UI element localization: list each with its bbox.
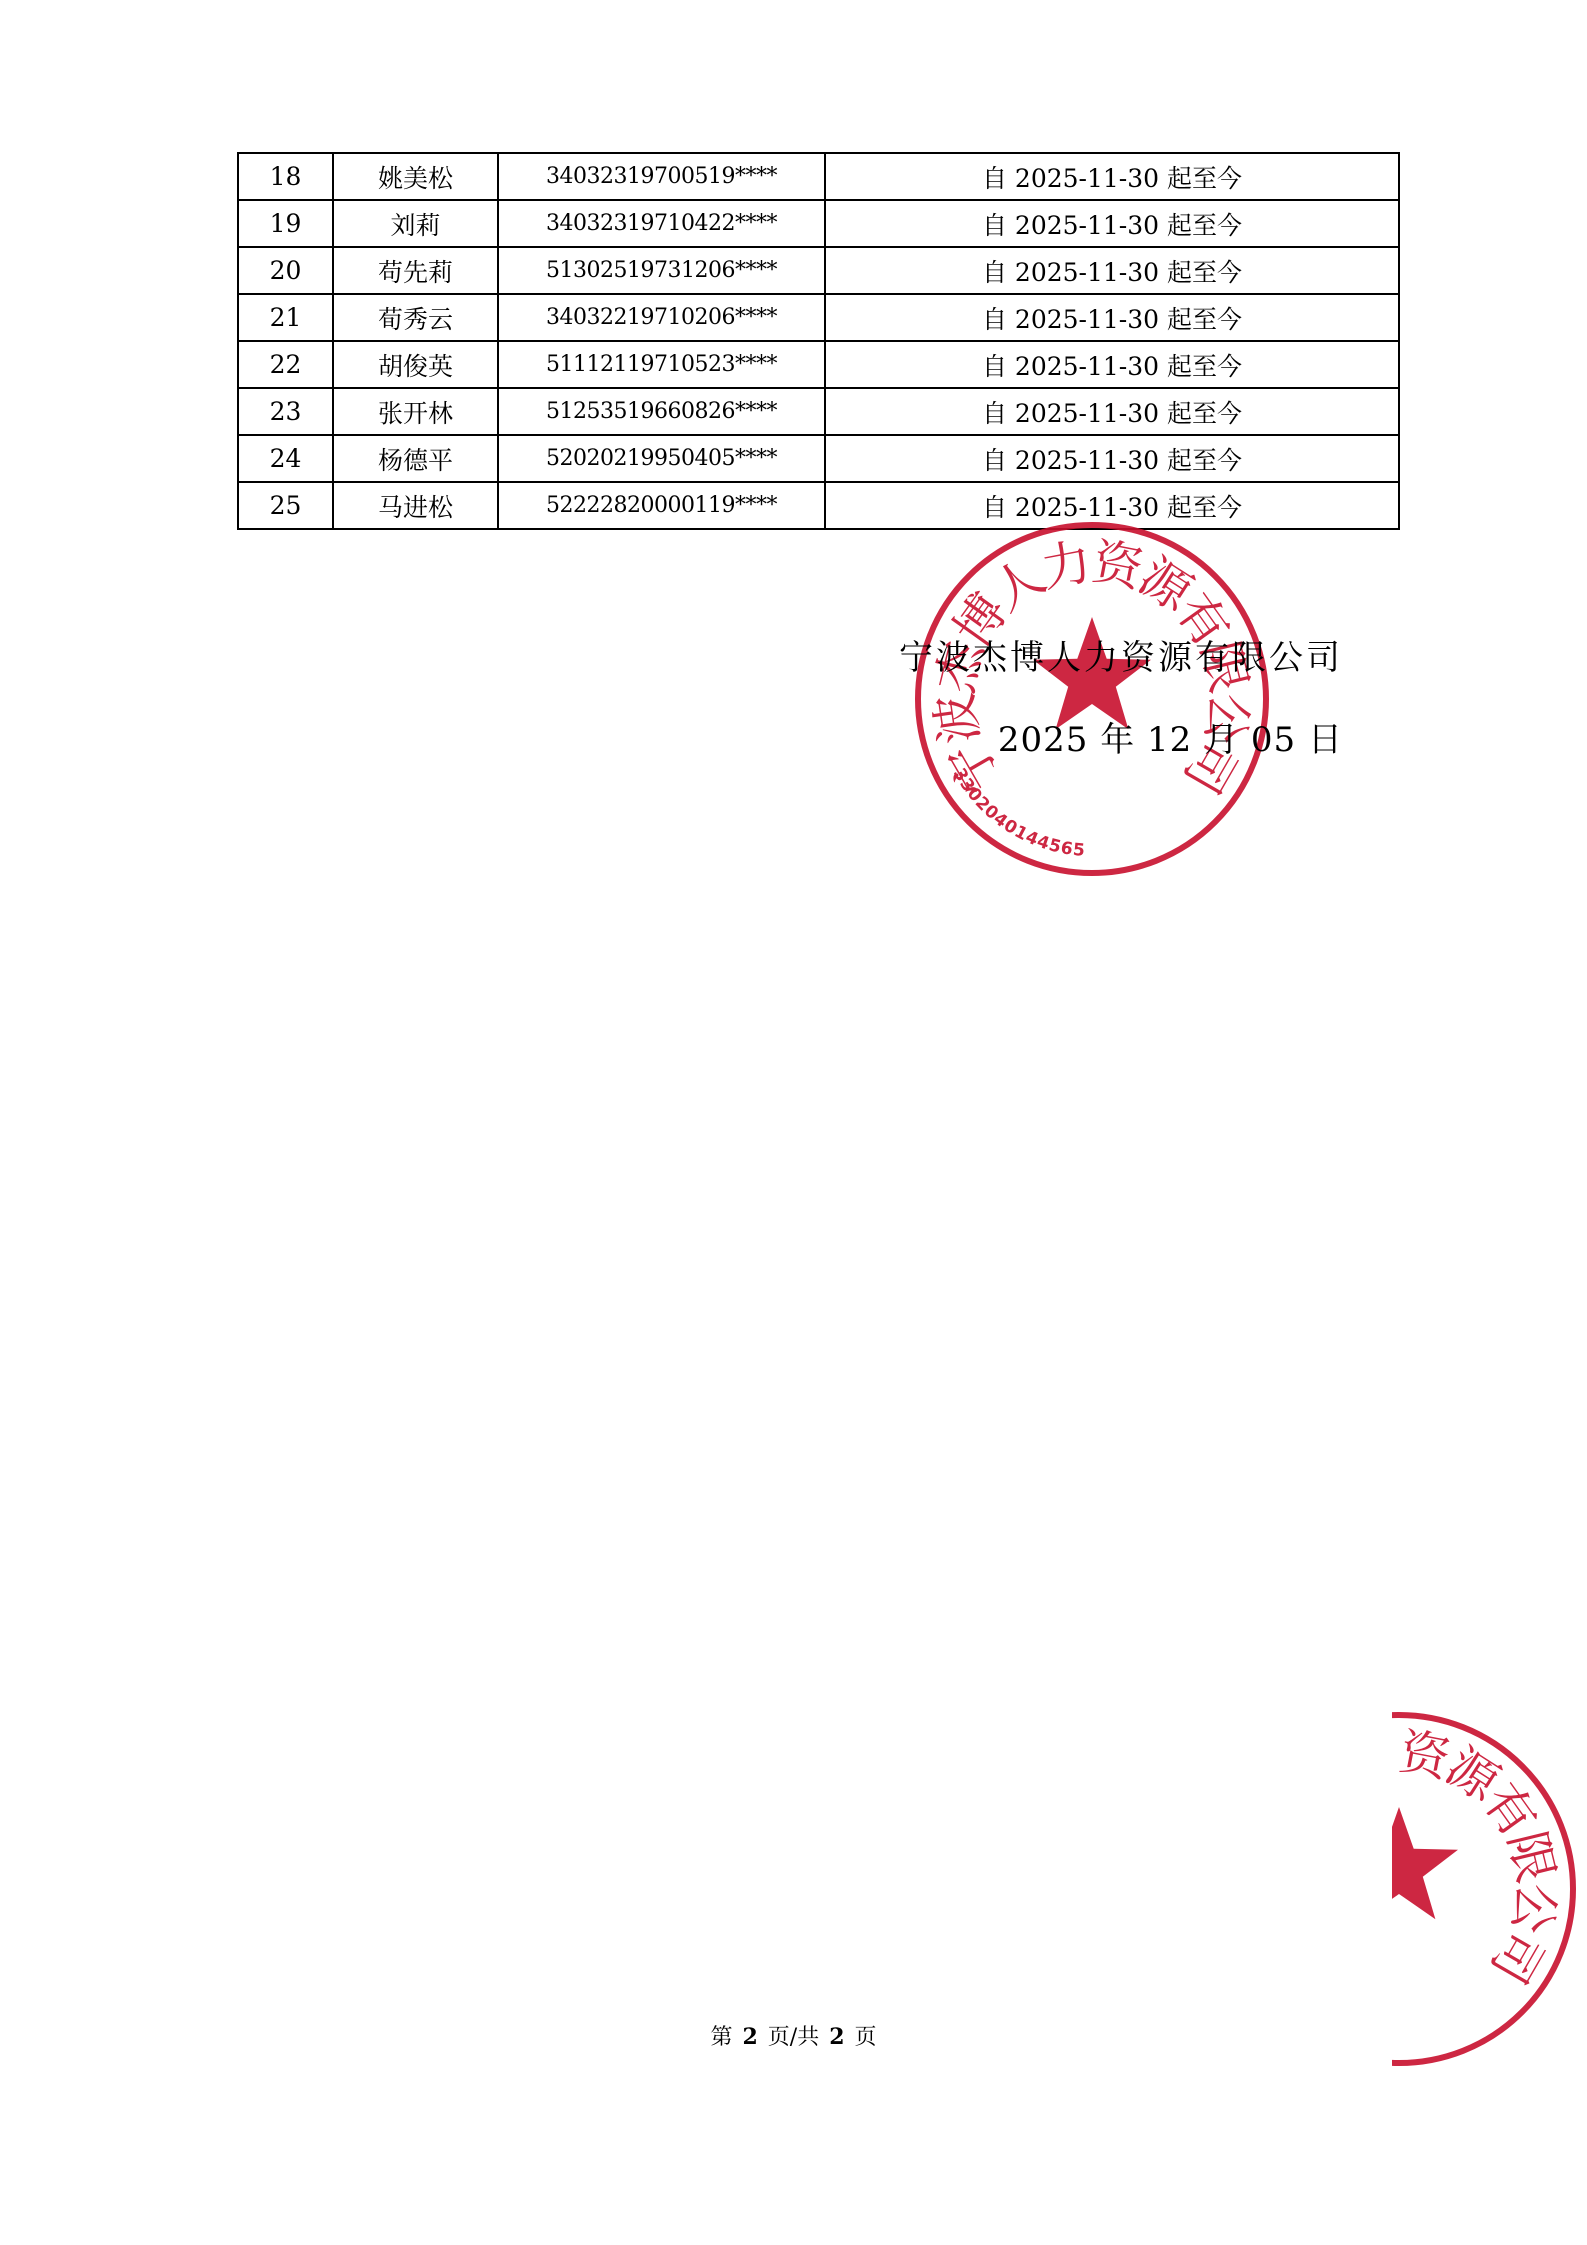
employee-name-cell: 刘莉 — [333, 200, 498, 247]
table-row: 19刘莉34032319710422****自 2025-11-30 起至今 — [238, 200, 1399, 247]
footer-prefix: 第 — [710, 2025, 732, 2050]
svg-text:源: 源 — [1129, 547, 1203, 623]
footer-total-pages: 2 — [829, 2024, 844, 2050]
signature-company-name: 宁波杰博人力资源有限公司 — [899, 630, 1343, 679]
id-number-cell: 51112119710523**** — [498, 341, 825, 388]
row-number-cell: 20 — [238, 247, 333, 294]
row-number-cell: 21 — [238, 294, 333, 341]
employee-name-cell: 张开林 — [333, 388, 498, 435]
table-row: 24杨德平52020219950405****自 2025-11-30 起至今 — [238, 435, 1399, 482]
svg-text:1: 1 — [1011, 822, 1031, 845]
table-row: 20苟先莉51302519731206****自 2025-11-30 起至今 — [238, 247, 1399, 294]
employee-name-cell: 苟先莉 — [333, 247, 498, 294]
table-row: 25马进松52222820000119****自 2025-11-30 起至今 — [238, 482, 1399, 529]
svg-text:3: 3 — [955, 775, 978, 796]
svg-text:2: 2 — [971, 793, 994, 815]
svg-text:4: 4 — [1034, 832, 1052, 855]
row-number-cell: 23 — [238, 388, 333, 435]
table-row: 23张开林51253519660826****自 2025-11-30 起至今 — [238, 388, 1399, 435]
id-number-cell: 34032319710422**** — [498, 200, 825, 247]
id-number-cell: 52020219950405**** — [498, 435, 825, 482]
id-number-cell: 34032219710206**** — [498, 294, 825, 341]
svg-text:5: 5 — [1047, 835, 1063, 857]
table-row: 18姚美松34032319700519****自 2025-11-30 起至今 — [238, 153, 1399, 200]
document-page: 18姚美松34032319700519****自 2025-11-30 起至今1… — [0, 0, 1587, 2245]
svg-text:力: 力 — [1036, 532, 1096, 598]
row-number-cell: 19 — [238, 200, 333, 247]
footer-suffix: 页 — [855, 2025, 877, 2050]
svg-text:波: 波 — [925, 690, 990, 748]
employment-period-cell: 自 2025-11-30 起至今 — [825, 388, 1399, 435]
svg-text:0: 0 — [1000, 816, 1021, 839]
id-number-cell: 51302519731206**** — [498, 247, 825, 294]
svg-text:0: 0 — [963, 784, 986, 806]
employment-period-cell: 自 2025-11-30 起至今 — [825, 482, 1399, 529]
svg-text:4: 4 — [990, 809, 1012, 832]
employee-name-cell: 胡俊英 — [333, 341, 498, 388]
svg-text:0: 0 — [980, 801, 1002, 824]
signature-date: 2025 年 12 月 05 日 — [998, 712, 1343, 761]
company-seal: 宁波杰博人力资源有限公司3302040144565 — [907, 514, 1277, 884]
employment-period-cell: 自 2025-11-30 起至今 — [825, 341, 1399, 388]
svg-text:5: 5 — [1072, 840, 1086, 861]
row-number-cell: 24 — [238, 435, 333, 482]
employee-name-cell: 杨德平 — [333, 435, 498, 482]
seal-graphic: 宁波杰博人力资源有限公司3302040144565 — [907, 514, 1277, 884]
footer-middle: 页/共 — [768, 2025, 819, 2050]
svg-text:6: 6 — [1059, 838, 1074, 860]
employment-period-cell: 自 2025-11-30 起至今 — [825, 435, 1399, 482]
svg-text:资: 资 — [1088, 532, 1149, 599]
row-number-cell: 18 — [238, 153, 333, 200]
id-number-cell: 34032319700519**** — [498, 153, 825, 200]
svg-text:人: 人 — [982, 547, 1055, 623]
seal-graphic: 宁波杰博人力资源有限公司 — [1392, 1704, 1584, 2074]
svg-text:3: 3 — [949, 765, 972, 785]
footer-current-page: 2 — [742, 2024, 757, 2050]
employee-name-cell: 马进松 — [333, 482, 498, 529]
employee-name-cell: 姚美松 — [333, 153, 498, 200]
employment-period-cell: 自 2025-11-30 起至今 — [825, 153, 1399, 200]
id-number-cell: 52222820000119**** — [498, 482, 825, 529]
employment-period-cell: 自 2025-11-30 起至今 — [825, 294, 1399, 341]
table-row: 22胡俊英51112119710523****自 2025-11-30 起至今 — [238, 341, 1399, 388]
employment-period-cell: 自 2025-11-30 起至今 — [825, 200, 1399, 247]
page-footer: 第2页/共2页 — [0, 2020, 1587, 2051]
row-number-cell: 25 — [238, 482, 333, 529]
employee-name-cell: 荀秀云 — [333, 294, 498, 341]
svg-text:4: 4 — [1022, 827, 1041, 850]
table-row: 21荀秀云34032219710206****自 2025-11-30 起至今 — [238, 294, 1399, 341]
id-number-cell: 51253519660826**** — [498, 388, 825, 435]
row-number-cell: 22 — [238, 341, 333, 388]
employee-table: 18姚美松34032319700519****自 2025-11-30 起至今1… — [237, 152, 1400, 530]
employment-period-cell: 自 2025-11-30 起至今 — [825, 247, 1399, 294]
star-icon — [1392, 1807, 1458, 1919]
